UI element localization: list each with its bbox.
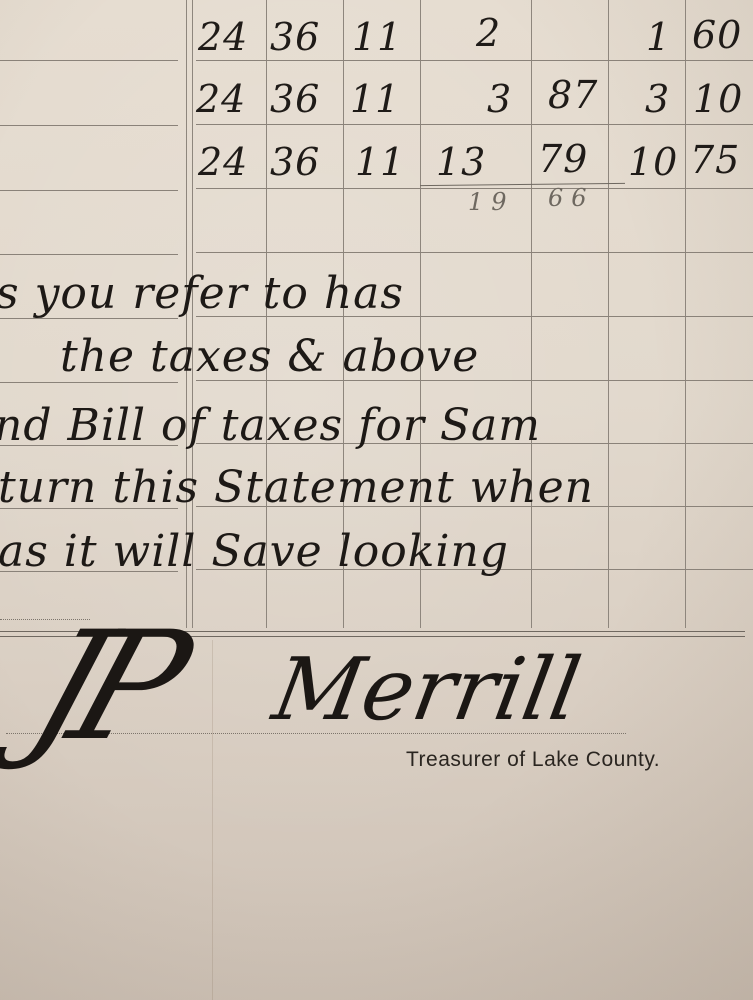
ledger-cell: 10 bbox=[693, 80, 743, 118]
ledger-cell: 79 bbox=[538, 140, 588, 178]
note-line: the taxes & above bbox=[60, 335, 479, 379]
ledger-column-rule bbox=[608, 0, 609, 628]
ledger-row-rule bbox=[0, 125, 178, 126]
ledger-row-rule bbox=[0, 254, 178, 255]
ledger-cell: 3 bbox=[487, 80, 512, 118]
ledger-row-rule bbox=[0, 60, 178, 61]
ledger-cell: 60 bbox=[692, 16, 742, 54]
paper-fold-crease bbox=[212, 640, 213, 1000]
ledger-row-rule bbox=[196, 60, 753, 61]
ledger-cell: 24 bbox=[198, 18, 248, 56]
ledger-cell: 36 bbox=[270, 18, 320, 56]
ledger-cell: 1 bbox=[646, 18, 671, 56]
ledger-column-rule bbox=[685, 0, 686, 628]
ledger-row-rule bbox=[0, 382, 178, 383]
pencil-subtotal-dollars: 19 bbox=[468, 188, 515, 216]
ledger-cell: 2 bbox=[476, 14, 501, 52]
ledger-cell: 10 bbox=[628, 143, 678, 181]
ledger-cell: 24 bbox=[198, 143, 248, 181]
ledger-cell: 11 bbox=[350, 80, 400, 118]
ledger-cell: 11 bbox=[355, 143, 405, 181]
ledger-cell: 11 bbox=[352, 18, 402, 56]
note-line: as it will Save looking bbox=[0, 530, 509, 574]
ledger-cell: 87 bbox=[548, 76, 598, 114]
ledger-row-rule bbox=[0, 190, 178, 191]
ledger-cell: 24 bbox=[196, 80, 246, 118]
signature-surname: Merrill bbox=[266, 640, 587, 740]
ledger-cell: 3 bbox=[645, 80, 670, 118]
ledger-cell: 36 bbox=[270, 80, 320, 118]
ledger-cell: 36 bbox=[270, 143, 320, 181]
ledger-column-rule bbox=[531, 0, 532, 628]
note-line: turn this Statement when bbox=[0, 466, 594, 510]
note-line: s you refer to has bbox=[0, 272, 404, 316]
ledger-cell: 75 bbox=[690, 141, 740, 179]
printed-treasurer-title: Treasurer of Lake County. bbox=[406, 748, 660, 772]
pencil-subtotal-cents: 66 bbox=[548, 184, 595, 212]
ledger-row-rule bbox=[196, 124, 753, 125]
ledger-row-rule bbox=[196, 252, 753, 253]
signature-initials: JP bbox=[12, 600, 190, 774]
ledger-cell: 13 bbox=[436, 143, 486, 181]
note-line: nd Bill of taxes for Sam bbox=[0, 404, 541, 448]
